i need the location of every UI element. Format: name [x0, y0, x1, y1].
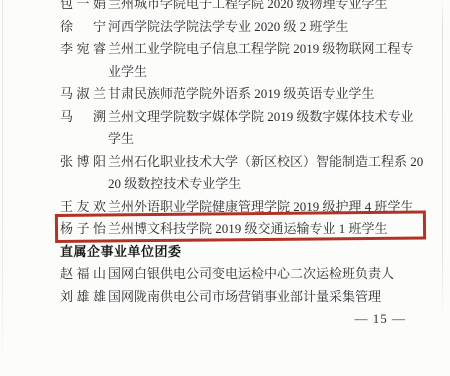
student-affiliation: 兰州石化职业技术大学（新区校区）智能制造工程系 20 20 级数控技术专业学生: [108, 151, 450, 196]
affiliation-line: 兰州工业学院电子信息工程学院 2019 级物联网工程专: [108, 38, 450, 61]
affiliation-line: 国网白银供电公司变电运检中心二次运检班负责人: [108, 263, 450, 286]
student-affiliation: 兰州文理学院数字媒体学院 2019 级数字媒体技术专业 学生: [108, 106, 450, 151]
roster-row: 刘雄雄 国网陇南供电公司市场营销事业部计量采集管理: [0, 286, 450, 309]
roster-row: 徐 宁 河西学院法学院法学专业 2020 级 2 班学生: [0, 16, 450, 39]
roster-row-highlighted: 杨子怡 兰州博文科技学院 2019 级交通运输专业 1 班学生: [0, 218, 450, 241]
roster-row: 马 溯 兰州文理学院数字媒体学院 2019 级数字媒体技术专业 学生: [0, 106, 450, 151]
student-name: 王友欢: [60, 196, 106, 219]
student-affiliation: 兰州工业学院电子信息工程学院 2019 级物联网工程专 业学生: [108, 38, 450, 83]
student-affiliation: 兰州城市学院电子工程学院 2020 级物理专业学生: [108, 0, 450, 16]
affiliation-line: 业学生: [108, 61, 450, 84]
affiliation-line: 20 级数控技术专业学生: [108, 173, 450, 196]
roster-row: 包一娟 兰州城市学院电子工程学院 2020 级物理专业学生: [0, 0, 450, 16]
roster-row: 李宛睿 兰州工业学院电子信息工程学院 2019 级物联网工程专 业学生: [0, 38, 450, 83]
student-name: 包一娟: [60, 0, 106, 16]
affiliation-line: 兰州文理学院数字媒体学院 2019 级数字媒体技术专业: [108, 106, 450, 129]
student-name: 徐 宁: [60, 16, 106, 39]
page-number: — 15 —: [0, 308, 450, 331]
affiliation-line: 兰州城市学院电子工程学院 2020 级物理专业学生: [108, 0, 450, 16]
student-name: 张博阳: [60, 151, 106, 174]
student-affiliation: 甘肃民族师范学院外语系 2019 级英语专业学生: [108, 83, 450, 106]
affiliation-line: 兰州博文科技学院 2019 级交通运输专业 1 班学生: [108, 218, 450, 241]
student-affiliation: 河西学院法学院法学专业 2020 级 2 班学生: [108, 16, 450, 39]
affiliation-line: 兰州外语职业学院健康管理学院 2019 级护理 4 班学生: [108, 196, 450, 219]
document-page: 包一娟 兰州城市学院电子工程学院 2020 级物理专业学生 徐 宁 河西学院法学…: [0, 0, 450, 376]
student-name: 李宛睿: [60, 38, 106, 61]
roster-row: 马淑兰 甘肃民族师范学院外语系 2019 级英语专业学生: [0, 83, 450, 106]
roster-list: 包一娟 兰州城市学院电子工程学院 2020 级物理专业学生 徐 宁 河西学院法学…: [0, 0, 450, 331]
roster-row: 王友欢 兰州外语职业学院健康管理学院 2019 级护理 4 班学生: [0, 196, 450, 219]
affiliation-line: 国网陇南供电公司市场营销事业部计量采集管理: [108, 286, 450, 309]
roster-row: 张博阳 兰州石化职业技术大学（新区校区）智能制造工程系 20 20 级数控技术专…: [0, 151, 450, 196]
staff-name: 赵福山: [60, 263, 106, 286]
student-name: 马淑兰: [60, 83, 106, 106]
staff-affiliation: 国网陇南供电公司市场营销事业部计量采集管理: [108, 286, 450, 309]
section-heading-direct-enterprises: 直属企事业单位团委: [0, 241, 450, 264]
roster-row: 赵福山 国网白银供电公司变电运检中心二次运检班负责人: [0, 263, 450, 286]
affiliation-line: 甘肃民族师范学院外语系 2019 级英语专业学生: [108, 83, 450, 106]
student-affiliation: 兰州外语职业学院健康管理学院 2019 级护理 4 班学生: [108, 196, 450, 219]
staff-name: 刘雄雄: [60, 286, 106, 309]
student-affiliation: 兰州博文科技学院 2019 级交通运输专业 1 班学生: [108, 218, 450, 241]
student-name: 马 溯: [60, 106, 106, 129]
affiliation-line: 河西学院法学院法学专业 2020 级 2 班学生: [108, 16, 450, 39]
staff-affiliation: 国网白银供电公司变电运检中心二次运检班负责人: [108, 263, 450, 286]
affiliation-line: 兰州石化职业技术大学（新区校区）智能制造工程系 20: [108, 151, 450, 174]
student-name: 杨子怡: [60, 218, 106, 241]
affiliation-line: 学生: [108, 128, 450, 151]
